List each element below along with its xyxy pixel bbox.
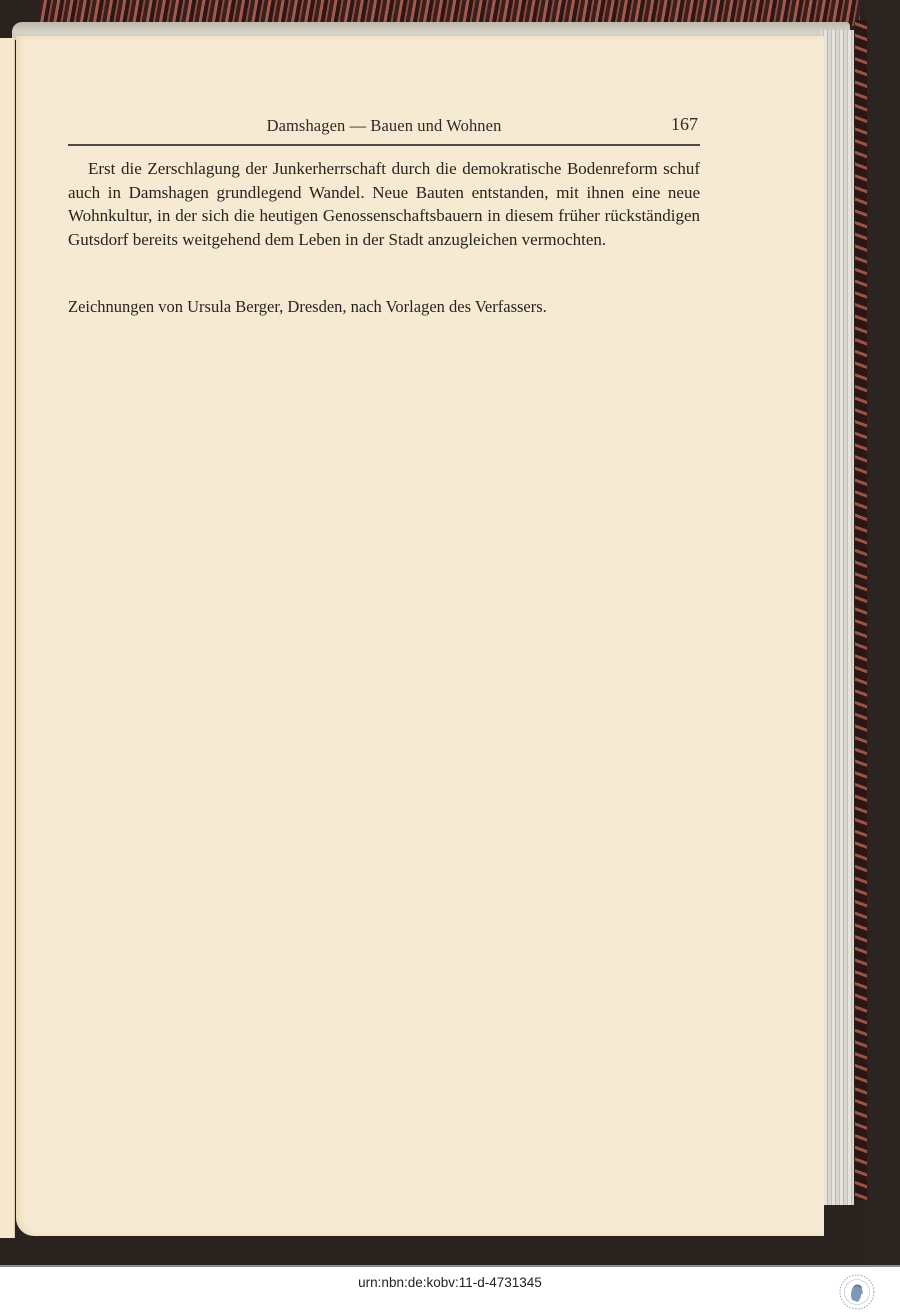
facing-page-edge [0, 38, 15, 1238]
university-seal-icon [838, 1273, 876, 1311]
page-header: Damshagen — Bauen und Wohnen 167 [68, 108, 700, 146]
book-cover-marbled-edge [855, 20, 867, 1200]
viewer-footer: urn:nbn:de:kobv:11-d-4731345 [0, 1265, 900, 1315]
page-number: 167 [671, 114, 698, 135]
book-cover-right [866, 0, 900, 1265]
book-scan: Damshagen — Bauen und Wohnen 167 Erst di… [0, 0, 900, 1265]
urn-identifier: urn:nbn:de:kobv:11-d-4731345 [0, 1275, 900, 1290]
running-head: Damshagen — Bauen und Wohnen [68, 116, 700, 136]
page-block-fore-edge [820, 30, 854, 1205]
illustration-credit: Zeichnungen von Ursula Berger, Dresden, … [68, 297, 700, 317]
body-paragraph: Erst die Zerschlagung der Junkerherrscha… [68, 157, 700, 251]
